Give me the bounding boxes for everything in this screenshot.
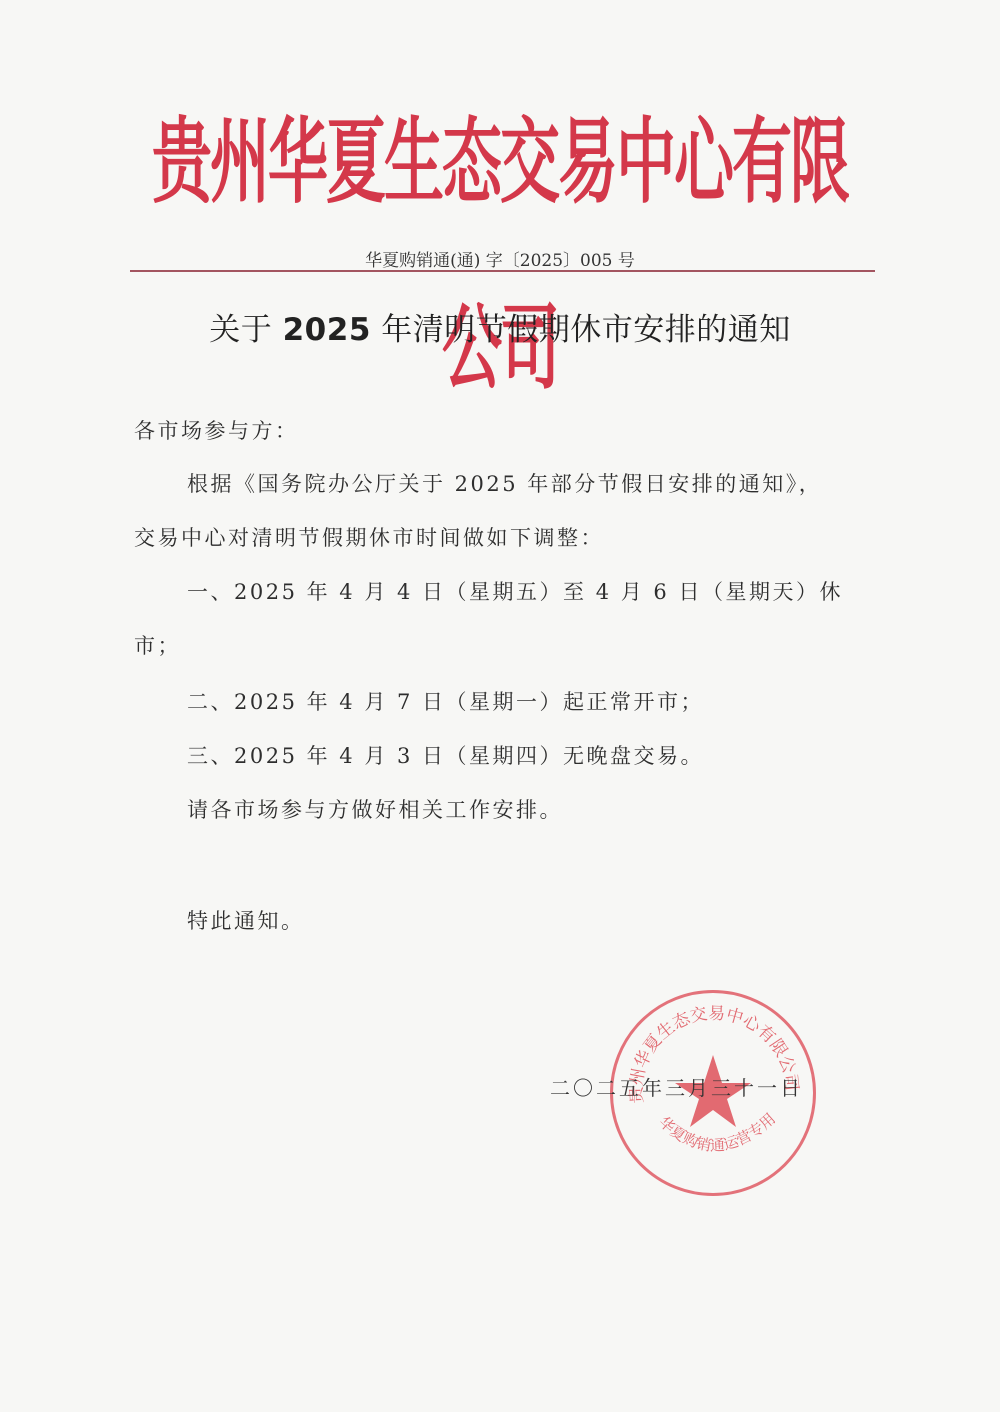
item-1-line1: 一、2025 年 4 月 4 日（星期五）至 4 月 6 日（星期天）休 [134, 576, 927, 606]
title-prefix: 关于 [209, 312, 282, 348]
title-suffix: 年清明节假期休市安排的通知 [371, 312, 791, 348]
closing-line: 特此通知。 [134, 905, 927, 935]
issue-date: 二〇二五年三月三十一日 [550, 1072, 803, 1101]
title-year: 2025 [283, 312, 371, 348]
salutation: 各市场参与方： [134, 415, 874, 445]
paragraph-intro-line1: 根据《国务院办公厅关于 2025 年部分节假日安排的通知》， [134, 468, 927, 498]
item-3: 三、2025 年 4 月 3 日（星期四）无晚盘交易。 [134, 740, 927, 770]
paragraph-intro-line2: 交易中心对清明节假期休市时间做如下调整： [134, 522, 874, 552]
document-number: 华夏购销通(通) 字〔2025〕005 号 [0, 246, 1000, 271]
item-2: 二、2025 年 4 月 7 日（星期一）起正常开市； [134, 686, 927, 716]
header-divider [130, 270, 875, 272]
item-1-line2: 市； [134, 630, 874, 660]
request-paragraph: 请各市场参与方做好相关工作安排。 [134, 794, 927, 824]
document-title: 关于 2025 年清明节假期休市安排的通知 [0, 304, 1000, 349]
